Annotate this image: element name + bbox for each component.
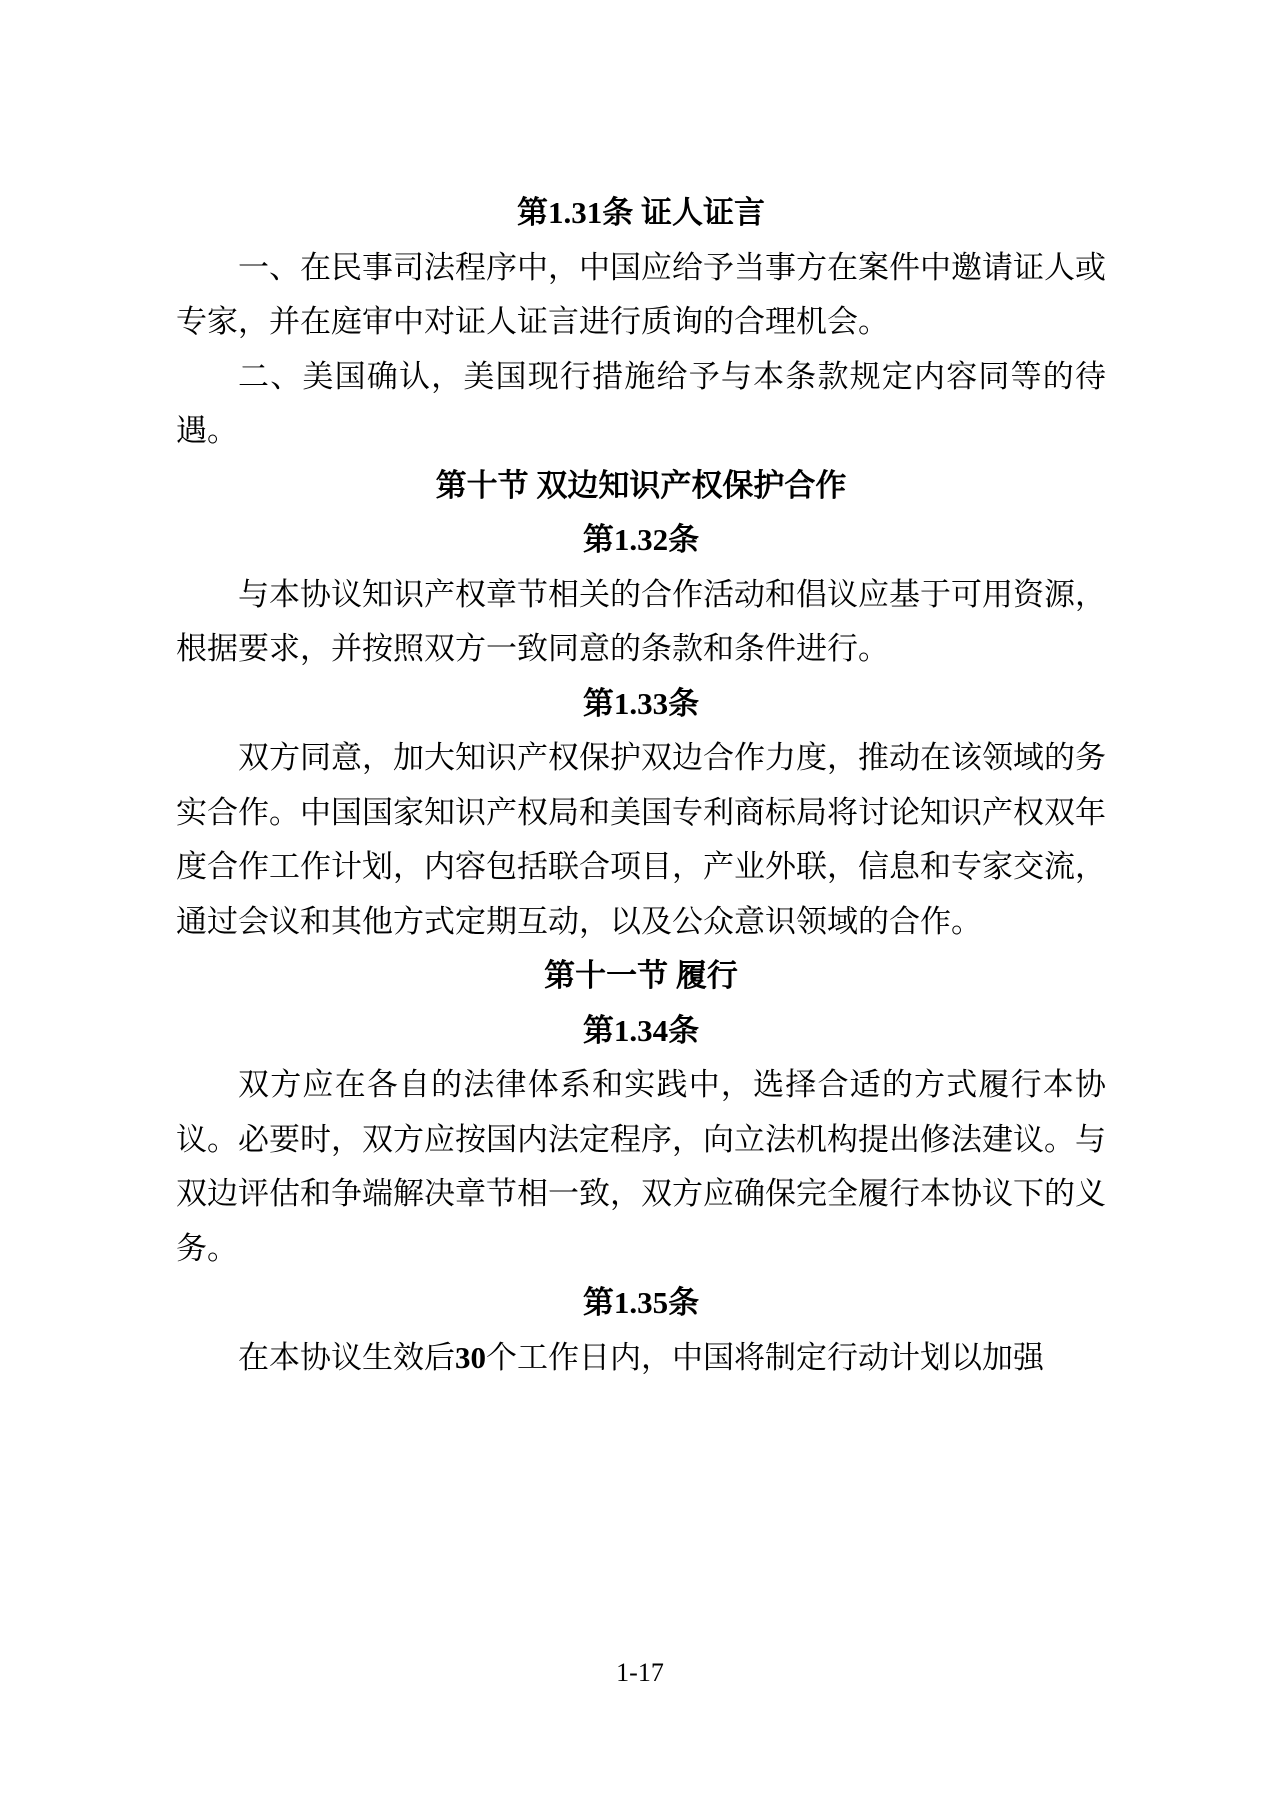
paragraph-article-1-35-text-after: 个工作日内，中国将制定行动计划以加强	[486, 1340, 1044, 1375]
paragraph-article-1-31-item-2: 二、美国确认，美国现行措施给予与本条款规定内容同等的待遇。	[176, 350, 1106, 459]
paragraph-article-1-35: 在本协议生效后30个工作日内，中国将制定行动计划以加强	[176, 1331, 1106, 1386]
paragraph-article-1-31-item-1: 一、在民事司法程序中，中国应给予当事方在案件中邀请证人或专家，并在庭审中对证人证…	[176, 241, 1106, 350]
heading-section-10: 第十节 双边知识产权保护合作	[176, 459, 1106, 514]
paragraph-article-1-32: 与本协议知识产权章节相关的合作活动和倡议应基于可用资源，根据要求，并按照双方一致…	[176, 568, 1106, 677]
paragraph-article-1-34: 双方应在各自的法律体系和实践中，选择合适的方式履行本协议。必要时，双方应按国内法…	[176, 1058, 1106, 1276]
paragraph-article-1-33: 双方同意，加大知识产权保护双边合作力度，推动在该领域的务实合作。中国国家知识产权…	[176, 731, 1106, 949]
paragraph-article-1-35-number: 30	[455, 1340, 486, 1375]
heading-article-1-32: 第1.32条	[176, 513, 1106, 568]
heading-article-1-33: 第1.33条	[176, 677, 1106, 732]
heading-article-1-35: 第1.35条	[176, 1276, 1106, 1331]
heading-section-11: 第十一节 履行	[176, 949, 1106, 1004]
paragraph-article-1-35-text-before: 在本协议生效后	[238, 1340, 455, 1375]
heading-article-1-31: 第1.31条 证人证言	[176, 186, 1106, 241]
document-page: 第1.31条 证人证言 一、在民事司法程序中，中国应给予当事方在案件中邀请证人或…	[0, 0, 1280, 1810]
document-content: 第1.31条 证人证言 一、在民事司法程序中，中国应给予当事方在案件中邀请证人或…	[176, 186, 1106, 1385]
heading-article-1-34: 第1.34条	[176, 1004, 1106, 1059]
page-number: 1-17	[0, 1658, 1280, 1688]
